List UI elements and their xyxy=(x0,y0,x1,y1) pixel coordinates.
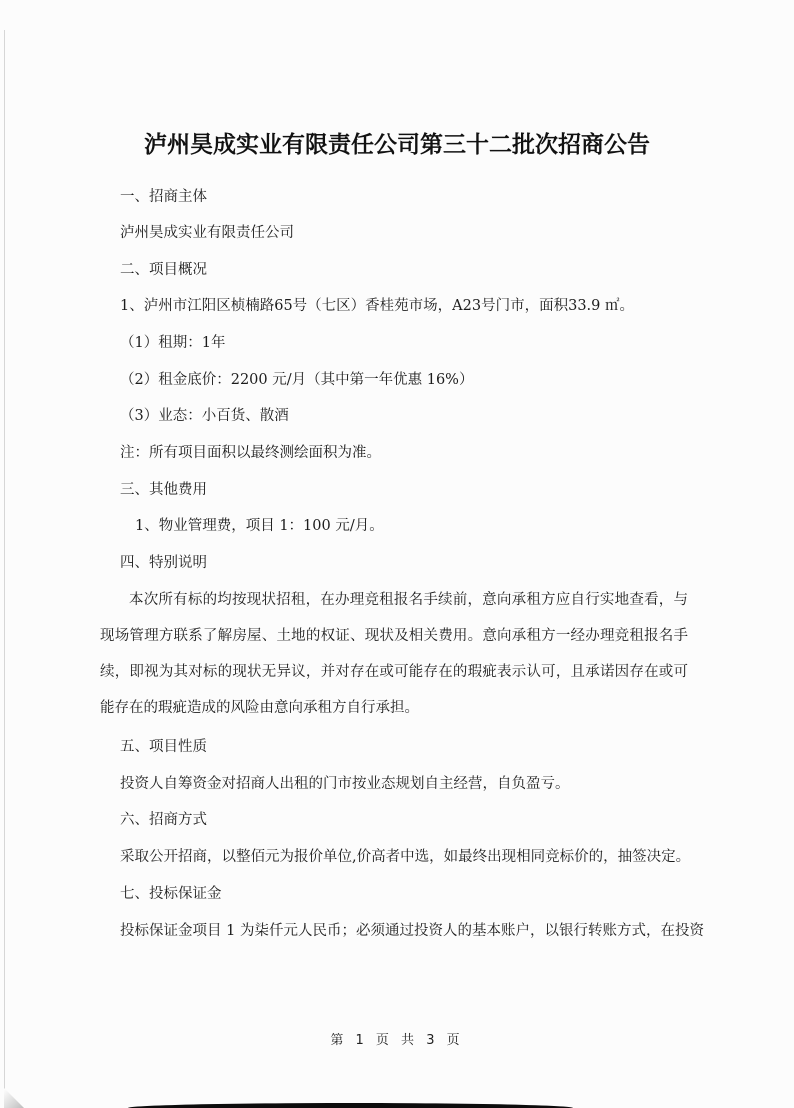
section-heading-other-fees: 三、其他费用 xyxy=(120,480,207,500)
section-heading-project-nature: 五、项目性质 xyxy=(120,737,207,757)
lease-term: （1）租期：1年 xyxy=(120,333,225,353)
section-heading-subject: 一、招商主体 xyxy=(120,187,207,207)
scan-edge xyxy=(4,30,5,1090)
subject-company: 泸州昊成实业有限责任公司 xyxy=(120,223,294,243)
section-heading-deposit: 七、投标保证金 xyxy=(120,884,222,904)
project-nature-text: 投资人自筹资金对招商人出租的门市按业态规划自主经营，自负盈亏。 xyxy=(120,774,570,794)
section-heading-method: 六、招商方式 xyxy=(120,810,207,830)
document-title: 泸州昊成实业有限责任公司第三十二批次招商公告 xyxy=(0,126,794,159)
method-text: 采取公开招商，以整佰元为报价单位,价高者中选，如最终出现相同竞标价的，抽签决定。 xyxy=(120,847,690,867)
scan-corner-shadow xyxy=(4,1088,24,1108)
project-item-1: 1、泸州市江阳区桢楠路65号（七区）香桂苑市场，A23号门市，面积33.9 ㎡。 xyxy=(120,296,634,316)
business-type: （3）业态：小百货、散酒 xyxy=(120,406,289,426)
deposit-text: 投标保证金项目 1 为柒仟元人民币；必须通过投资人的基本账户，以银行转账方式，在… xyxy=(120,921,704,941)
special-notes-paragraph: 本次所有标的均按现状招租，在办理竞租报名手续前，意向承租方应自行实地查看，与现场… xyxy=(100,582,688,726)
base-rent: （2）租金底价：2200 元/月（其中第一年优惠 16%） xyxy=(120,370,473,390)
section-heading-special-notes: 四、特别说明 xyxy=(120,553,207,573)
section-heading-overview: 二、项目概况 xyxy=(120,260,207,280)
property-fee: 1、物业管理费，项目 1：100 元/月。 xyxy=(135,516,384,536)
document-page: 泸州昊成实业有限责任公司第三十二批次招商公告 一、招商主体 泸州昊成实业有限责任… xyxy=(0,0,794,1108)
area-note: 注：所有项目面积以最终测绘面积为准。 xyxy=(120,443,381,463)
scan-bottom-edge xyxy=(128,1103,573,1108)
page-indicator: 第 1 页 共 3 页 xyxy=(0,1029,794,1048)
